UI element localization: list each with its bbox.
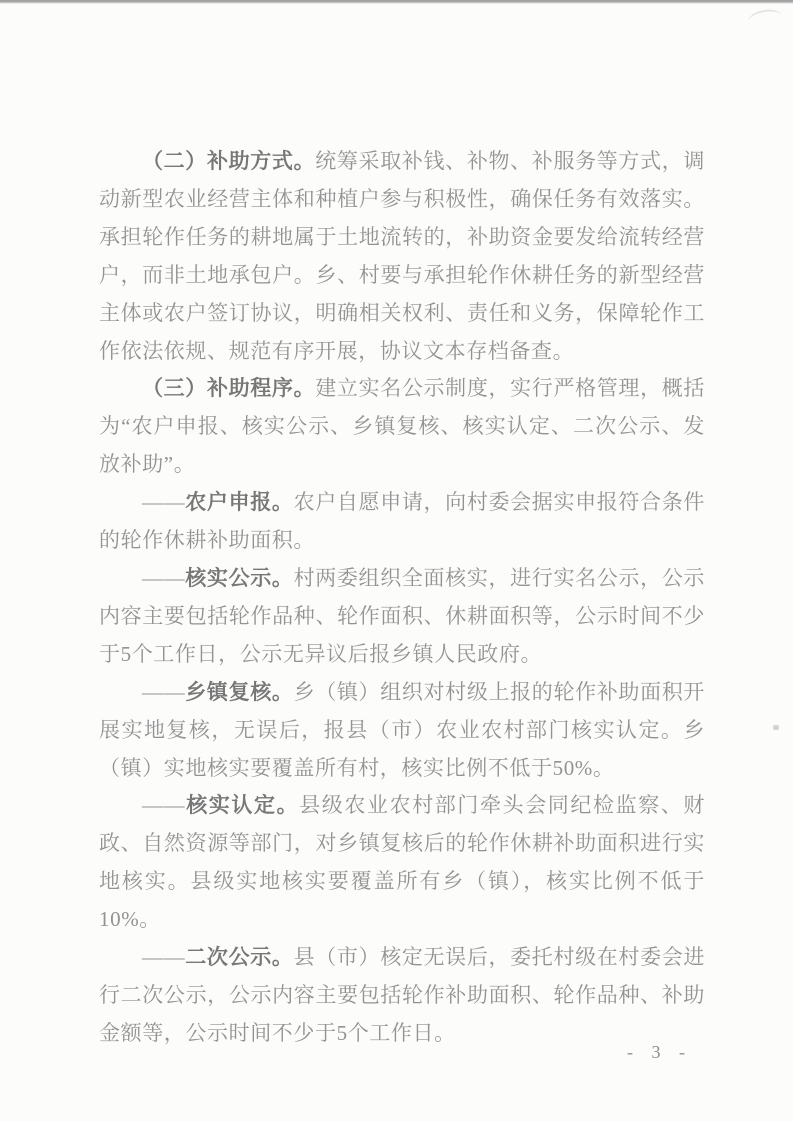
paragraph-text: 统筹采取补钱、补物、补服务等方式，调动新型农业经营主体和种植户参与积极性，确保任… [99,149,705,363]
scan-edge-artifact [0,0,793,4]
paragraph-lead: 核实公示。 [185,566,293,590]
paragraph-second-publicity: ——二次公示。县（市）核定无误后，委托村级在村委会进行二次公示，公示内容主要包括… [99,939,705,1053]
scanned-document-page: （二）补助方式。统筹采取补钱、补物、补服务等方式，调动新型农业经营主体和种植户参… [0,0,793,1121]
paragraph-lead: （三）补助程序。 [142,376,315,400]
paragraph-prefix: —— [142,945,185,969]
paragraph-township-review: ——乡镇复核。乡（镇）组织对村级上报的轮作补助面积开展实地复核，无误后，报县（市… [99,674,705,788]
paragraph-subsidy-method: （二）补助方式。统筹采取补钱、补物、补服务等方式，调动新型农业经营主体和种植户参… [99,143,705,370]
paragraph-subsidy-procedure: （三）补助程序。建立实名公示制度，实行严格管理，概括为“农户申报、核实公示、乡镇… [99,370,705,484]
paragraph-verification-publicity: ——核实公示。村两委组织全面核实，进行实名公示，公示内容主要包括轮作品种、轮作面… [99,560,705,674]
paragraph-farmer-declaration: ——农户申报。农户自愿申请，向村委会据实申报符合条件的轮作休耕补助面积。 [99,484,705,560]
paragraph-lead: 二次公示。 [185,945,293,969]
paragraph-lead: 乡镇复核。 [185,680,293,704]
paragraph-verification-confirmation: ——核实认定。县级农业农村部门牵头会同纪检监察、财政、自然资源等部门，对乡镇复核… [99,787,705,939]
page-number: - 3 - [627,1042,692,1063]
paragraph-prefix: —— [142,490,185,514]
paragraph-lead: 核实认定。 [185,793,299,817]
paragraph-lead: 农户申报。 [185,490,293,514]
paragraph-prefix: —— [142,566,185,590]
paragraph-prefix: —— [142,680,185,704]
scan-speckle-artifact [773,725,779,730]
document-body: （二）补助方式。统筹采取补钱、补物、补服务等方式，调动新型农业经营主体和种植户参… [99,143,705,1053]
paragraph-prefix: —— [142,793,185,817]
paragraph-lead: （二）补助方式。 [142,149,315,173]
scan-mark-artifact [747,7,784,31]
